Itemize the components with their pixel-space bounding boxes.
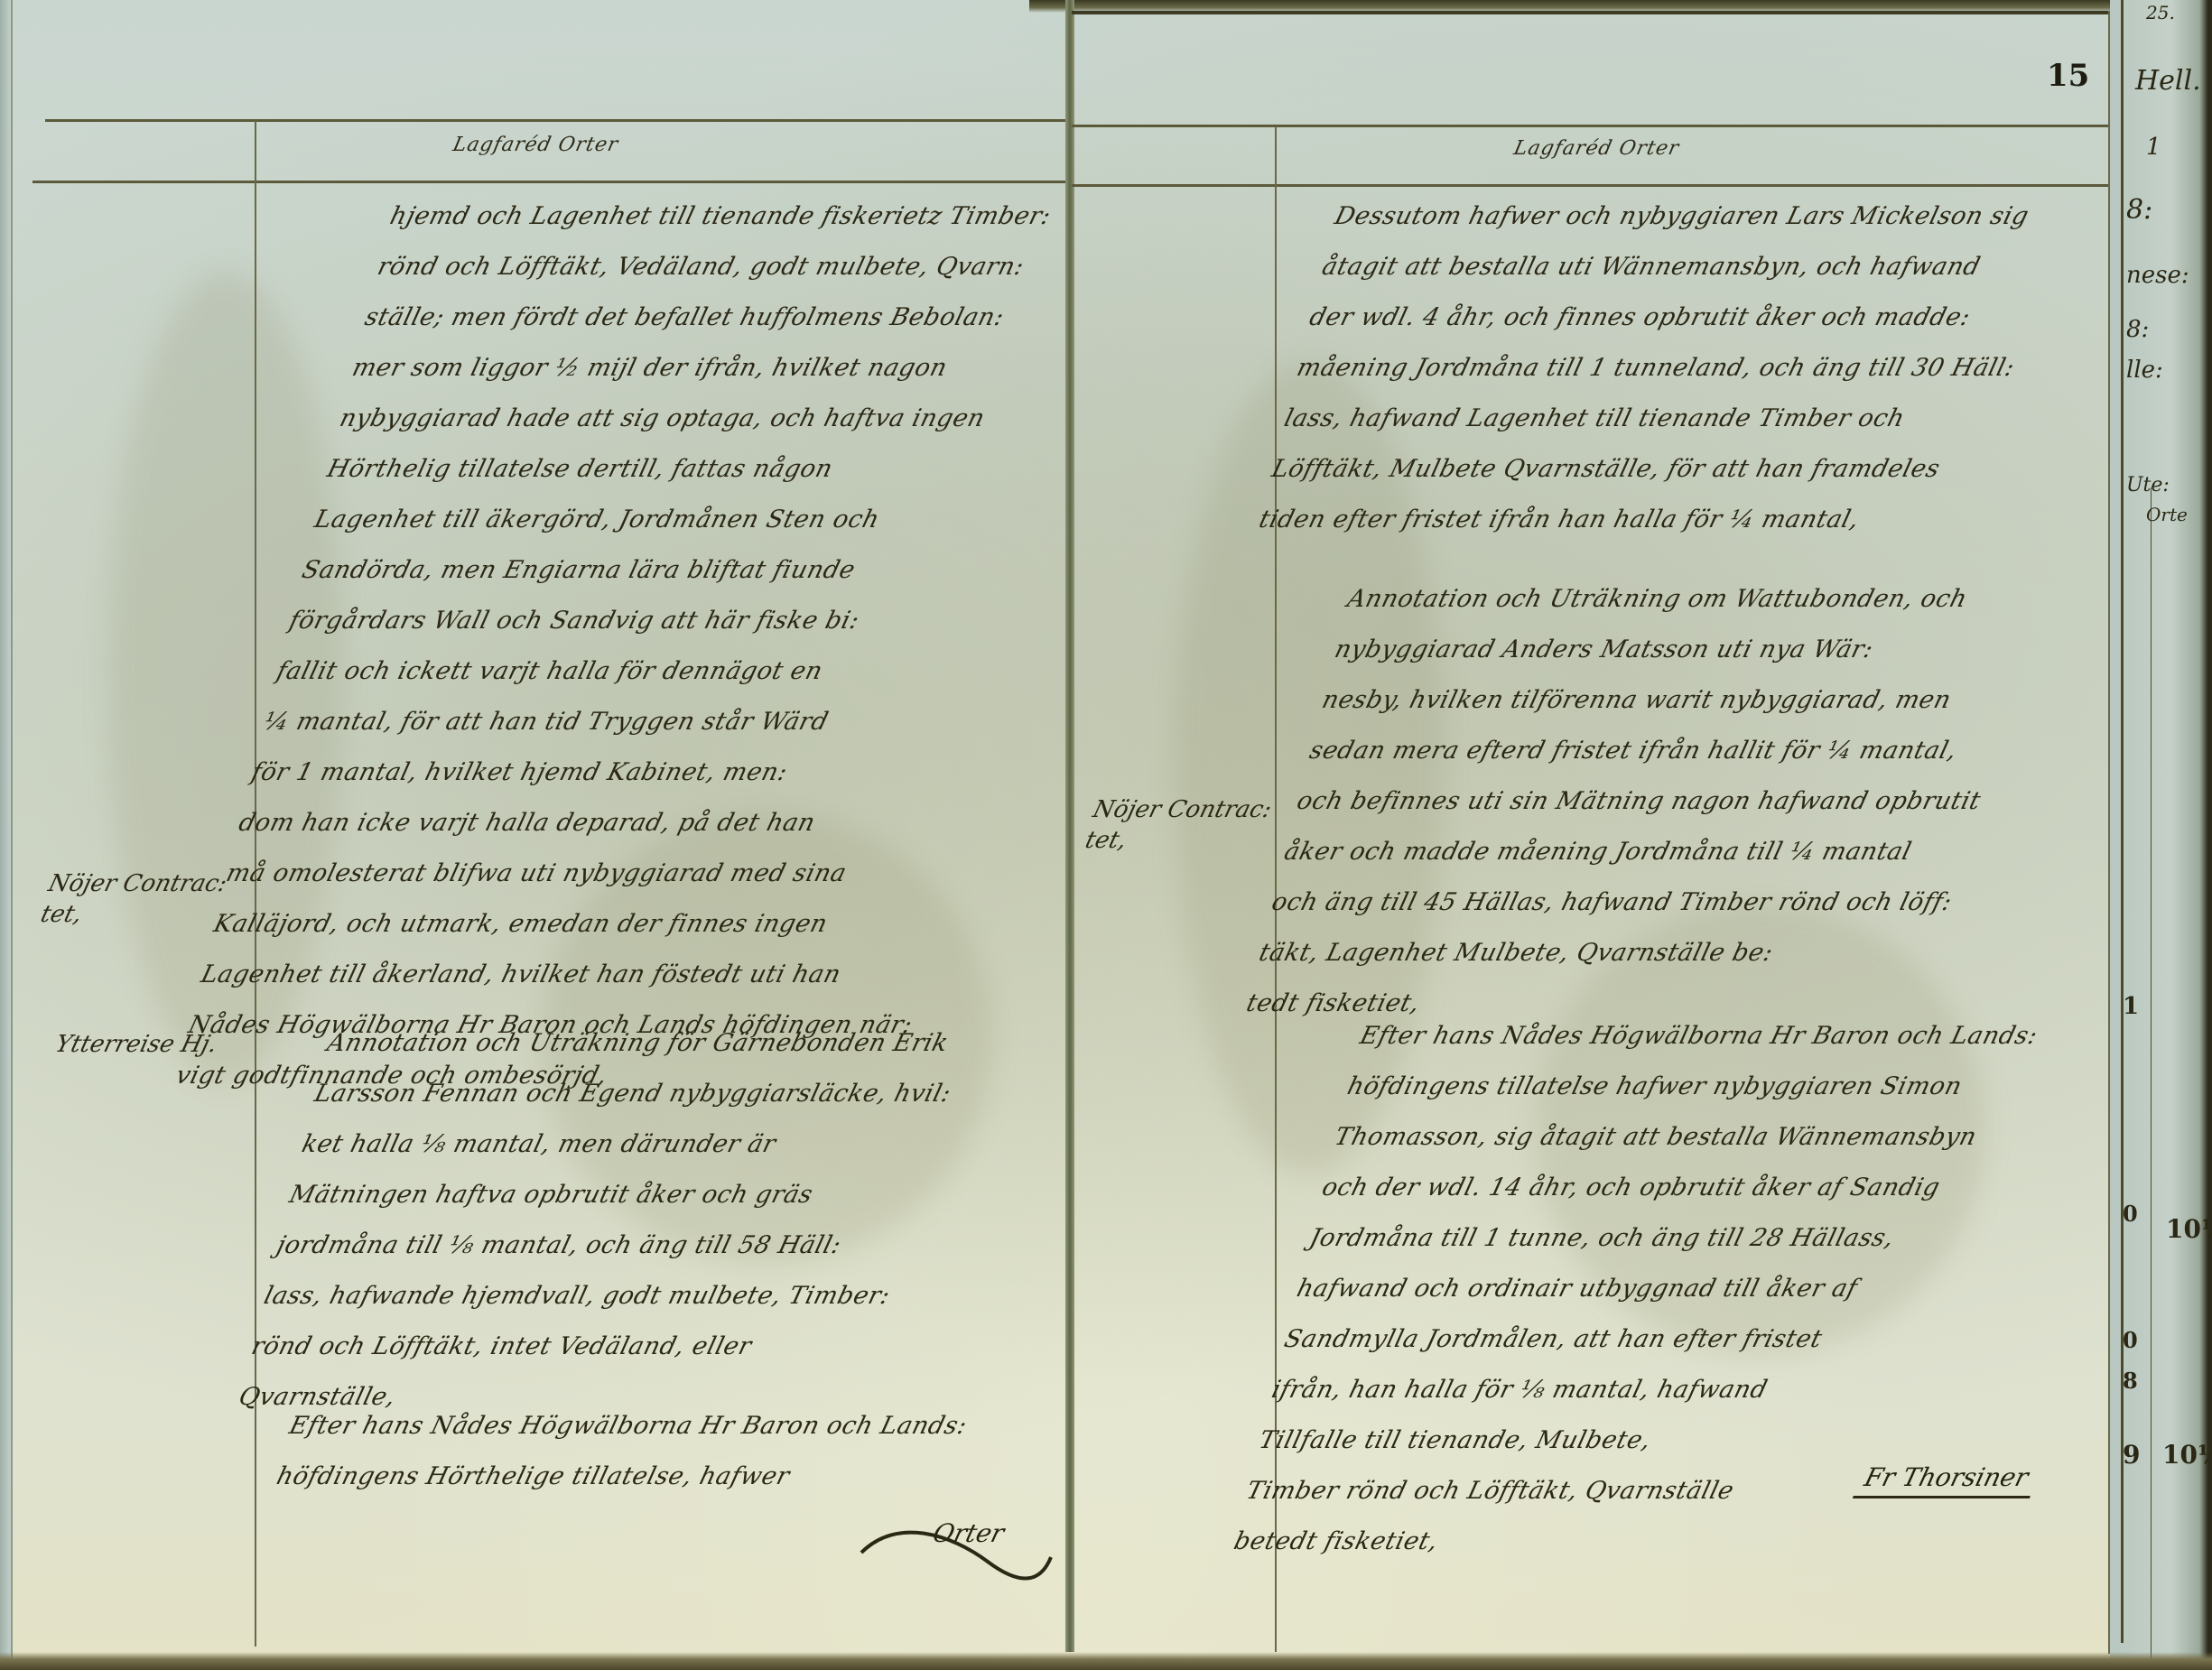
header-top-rule	[1072, 125, 2110, 127]
text-line: måening Jordmåna till 1 tunneland, och ä…	[1291, 343, 2021, 394]
strip-label: lle:	[2126, 357, 2163, 384]
text-line: rönd och Löfftäkt, Vedäland, godt mulbet…	[372, 242, 1108, 292]
right-page: 15 Lagfaréd Orter Dessutom hafwer och ny…	[1072, 0, 2110, 1652]
text-line: lass, hafwand Lagenhet till tienande Tim…	[1278, 394, 2008, 444]
main-text-block: Dessutom hafwer och nybyggiaren Lars Mic…	[1253, 191, 2058, 545]
margin-note: Ytterreise Hj.	[52, 1029, 220, 1060]
text-line: höfdingens Hörthelige tillatelse, hafwer	[271, 1452, 960, 1502]
strip-label: Ute:	[2126, 474, 2170, 496]
page-bottom-shadow	[0, 1652, 2212, 1670]
text-line: Efter hans Nådes Högwälborna Hr Baron oc…	[283, 1401, 972, 1452]
text-line: Larsson Fennan och Egend nybyggiarsläcke…	[309, 1069, 957, 1119]
text-line: hjemd och Lagenhet till tienande fiskeri…	[385, 191, 1120, 242]
column-header: Lagfaréd Orter	[451, 134, 620, 156]
annotation-text-block: Annotation och Uträkning för Gärnebonden…	[233, 1018, 969, 1423]
text-line: lass, hafwande hjemdvall, godt mulbete, …	[258, 1271, 906, 1322]
text-line: rönd och Löfftäkt, intet Vedäland, eller	[246, 1322, 894, 1372]
margin-note-line: Nöjer Contrac:	[1090, 794, 1275, 825]
strip-label: 8:	[2126, 316, 2149, 343]
text-line: Efter hans Nådes Högwälborna Hr Baron oc…	[1354, 1011, 2043, 1062]
text-line: Lagenhet till äkergörd, Jordmånen Sten o…	[309, 495, 1045, 545]
strip-value: 1	[2123, 993, 2139, 1020]
header-bottom-rule	[33, 181, 1065, 183]
strip-value: 10½	[2166, 1214, 2212, 1244]
margin-note: Nöjer Contrac: tet,	[1083, 794, 1276, 856]
text-line: tiden efter fristet ifrån han halla för …	[1253, 495, 1983, 545]
margin-note-line: tet,	[1083, 825, 1268, 856]
text-line: och befinnes uti sin Mätning nagon hafwa…	[1291, 776, 1986, 827]
margin-note: Nöjer Contrac: tet,	[38, 868, 231, 930]
text-line: och äng till 45 Hällas, hafwand Timber r…	[1266, 877, 1961, 928]
manuscript-spread: Lagfaréd Orter hjemd och Lagenhet till t…	[0, 0, 2212, 1670]
text-line: Sandmylla Jordmålen, att han efter frist…	[1278, 1314, 1967, 1365]
book-edge-left	[0, 0, 13, 1670]
text-line: ¼ mantal, för att han tid Tryggen står W…	[258, 697, 994, 747]
text-line: ifrån, han halla för ⅛ mantal, hafwand	[1266, 1365, 1955, 1415]
strip-value: 9	[2123, 1440, 2140, 1470]
text-line: jordmåna till ⅛ mantal, och äng till 58 …	[271, 1220, 919, 1271]
strip-label: 8:	[2126, 194, 2152, 226]
text-line: sedan mera efterd fristet ifrån hallit f…	[1304, 726, 1999, 776]
strip-rule	[2151, 487, 2152, 1661]
margin-note-line: Nöjer Contrac:	[45, 868, 230, 899]
strip-rule	[2121, 0, 2124, 1643]
column-header: Lagfaréd Orter	[1511, 137, 1681, 160]
text-line: och der wdl. 14 åhr, och opbrutit åker a…	[1316, 1163, 2005, 1213]
page-top-edge	[1072, 11, 2110, 14]
main-text-block: hjemd och Lagenhet till tienande fiskeri…	[170, 191, 1120, 1101]
text-line: Sandörda, men Engiarna lära bliftat fiun…	[296, 545, 1032, 596]
annotation-text-block: Annotation och Uträkning om Wattubonden,…	[1241, 574, 2037, 1029]
text-line: Thomasson, sig åtagit att bestalla Wänne…	[1329, 1112, 2018, 1163]
text-line: Dessutom hafwer och nybyggiaren Lars Mic…	[1329, 191, 2059, 242]
text-line: Tillfalle till tienande, Mulbete,	[1253, 1415, 1942, 1466]
signature-flourish-icon	[843, 1517, 1060, 1589]
text-line: betedt fisketiet,	[1228, 1517, 1917, 1567]
header-top-rule	[45, 119, 1065, 122]
text-line: Löfftäkt, Mulbete Qvarnställe, för att h…	[1266, 444, 1995, 495]
text-line: nybyggiarad hade att sig optaga, och haf…	[334, 394, 1070, 444]
text-line: nesby, hvilken tilförenna warit nybyggia…	[1316, 675, 2012, 726]
text-line: ket halla ⅛ mantal, men därunder är	[296, 1119, 944, 1170]
text-line: Lagenhet till åkerland, hvilket han föst…	[195, 950, 931, 1000]
text-line: höfdingens tillatelse hafwer nybyggiaren…	[1342, 1062, 2031, 1112]
text-line: för 1 mantal, hvilket hjemd Kabinet, men…	[246, 747, 981, 798]
strip-number: 25.	[2146, 2, 2175, 23]
text-line: ställe; men fördt det befallet huffolmen…	[359, 292, 1095, 343]
signature: Fr Thorsiner	[1853, 1462, 2039, 1498]
left-page: Lagfaréd Orter hjemd och Lagenhet till t…	[13, 0, 1069, 1652]
text-line: hafwand och ordinair utbyggnad till åker…	[1291, 1264, 1980, 1314]
text-line: förgårdars Wall och Sandvig att här fisk…	[283, 596, 1019, 646]
text-line: Annotation och Uträkning för Gärnebonden…	[321, 1018, 970, 1069]
header-bottom-rule	[1072, 184, 2110, 187]
strip-value: 8	[2123, 1368, 2138, 1394]
text-line: Mätningen haftva opbrutit åker och gräs	[283, 1170, 932, 1220]
text-line: der wdl. 4 åhr, och finnes opbrutit åker…	[1304, 292, 2033, 343]
page-number: 15	[2047, 58, 2089, 94]
text-line: Annotation och Uträkning om Wattubonden,…	[1342, 574, 2037, 625]
adjacent-page-strip: 25. Hell. 1 8: nese: 8: lle: Ute: Orte 1…	[2110, 0, 2212, 1670]
strip-label: Hell.	[2135, 65, 2201, 97]
margin-note-line: Ytterreise Hj.	[52, 1029, 220, 1060]
text-line: åtagit att bestalla uti Wännemansbyn, oc…	[1316, 242, 2046, 292]
closing-text-block: Efter hans Nådes Högwälborna Hr Baron oc…	[271, 1401, 972, 1502]
strip-value: 0	[2123, 1201, 2138, 1227]
strip-value: 0	[2123, 1327, 2138, 1353]
text-line: Timber rönd och Löfftäkt, Qvarnställe	[1241, 1466, 1929, 1517]
strip-label: nese:	[2126, 262, 2189, 289]
strip-value: 10½	[2162, 1440, 2212, 1470]
text-line: Kalläjord, och utmark, emedan der finnes…	[208, 899, 943, 950]
text-line: nybyggiarad Anders Matsson uti nya Wär:	[1329, 625, 2024, 675]
margin-note-line: tet,	[38, 899, 223, 930]
text-line: täkt, Lagenhet Mulbete, Qvarnställe be:	[1253, 928, 1948, 979]
text-line: Hörthelig tillatelse dertill, fattas någ…	[321, 444, 1057, 495]
text-line: dom han icke varjt halla deparad, på det…	[233, 798, 969, 849]
text-line: Jordmåna till 1 tunne, och äng till 28 H…	[1304, 1213, 1993, 1264]
text-line: mer som liggor ½ mijl der ifrån, hvilket…	[347, 343, 1083, 394]
strip-label: 1	[2146, 134, 2161, 161]
text-line: åker och madde måening Jordmåna till ¼ m…	[1278, 827, 1974, 877]
strip-label: Orte	[2146, 504, 2188, 525]
text-line: fallit och ickett varjt halla för dennäg…	[271, 646, 1007, 697]
text-line: må omolesterat blifwa uti nybyggiarad me…	[220, 849, 956, 899]
